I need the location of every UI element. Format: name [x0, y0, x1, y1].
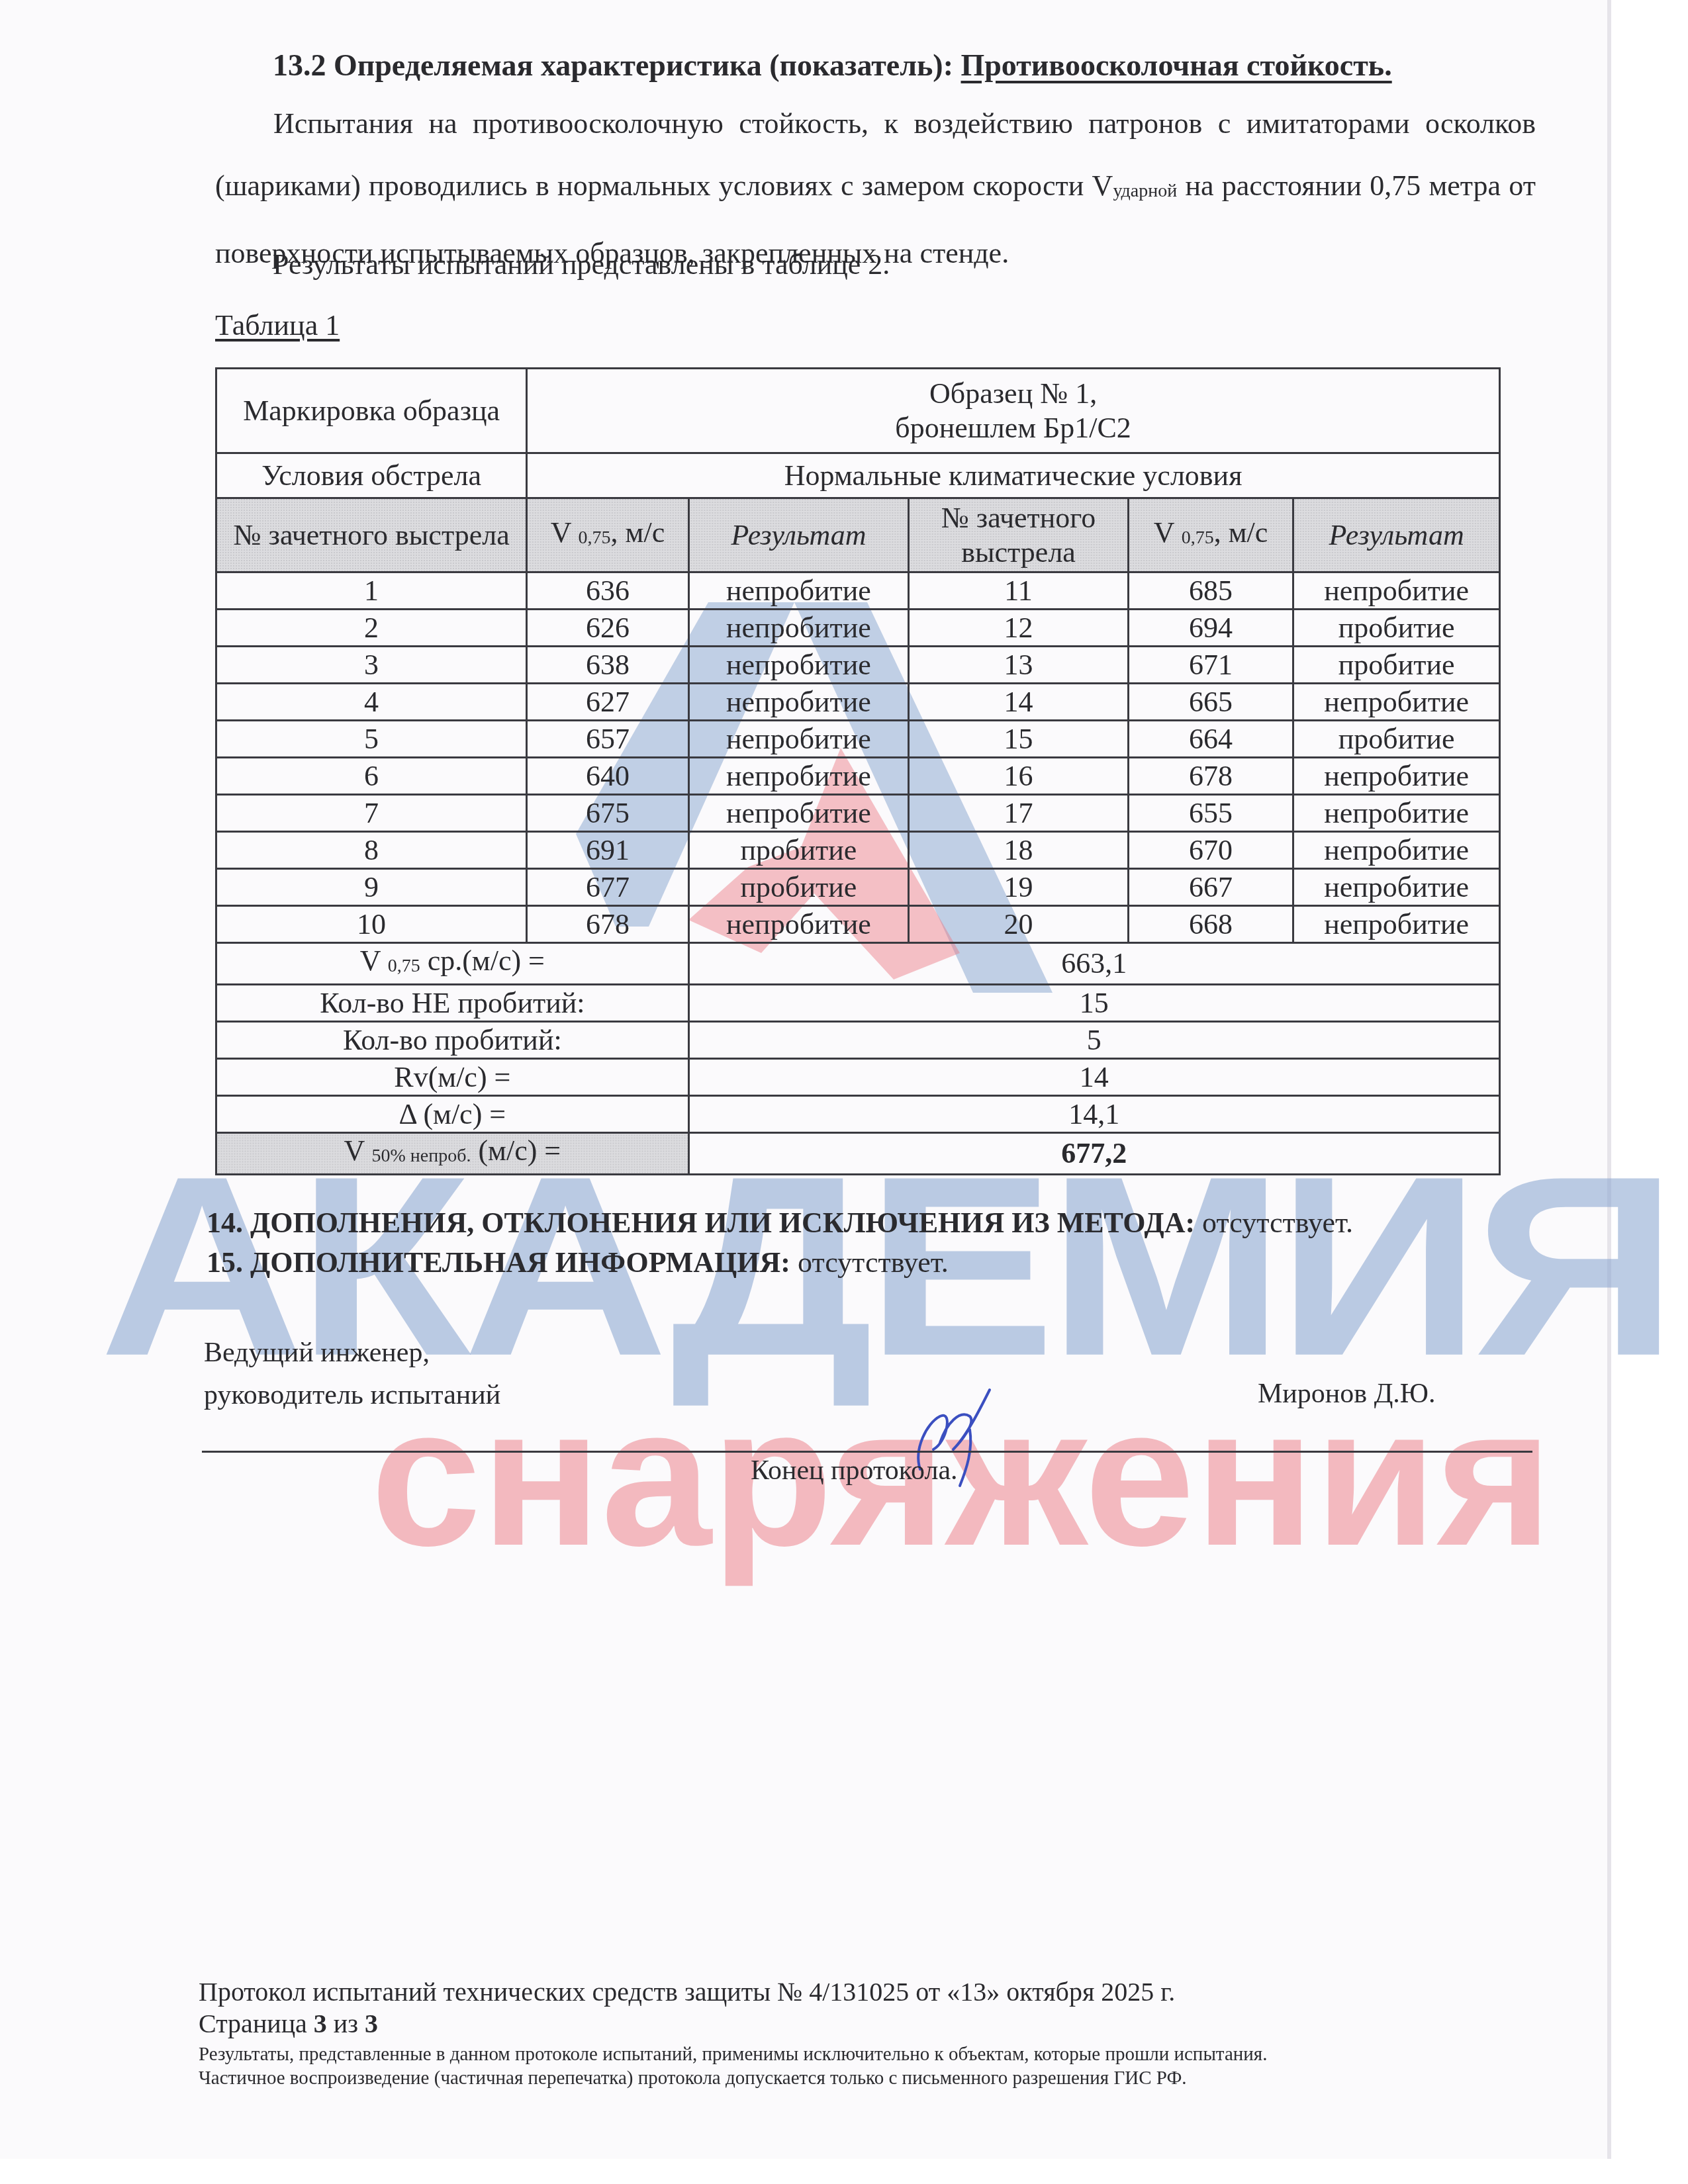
section-15-label: 15. ДОПОЛНИТЕЛЬНАЯ ИНФОРМАЦИЯ:: [207, 1246, 790, 1279]
section-14-label: 14. ДОПОЛНЕНИЯ, ОТКЛОНЕНИЯ ИЛИ ИСКЛЮЧЕНИ…: [207, 1206, 1195, 1239]
page-current: 3: [314, 2009, 327, 2038]
table-row: 10678непробитие20668непробитие: [216, 906, 1500, 943]
cell-n1: 6: [216, 758, 527, 795]
marking-label: Маркировка образца: [216, 369, 527, 453]
v50-label: V 50% непроб. (м/с) =: [216, 1133, 689, 1175]
cell-v2: 667: [1128, 869, 1293, 906]
non-pen-value: 15: [688, 985, 1499, 1022]
cell-v1: 640: [527, 758, 688, 795]
cell-v2: 655: [1128, 795, 1293, 832]
cell-r1: непробитие: [688, 610, 909, 647]
section-15: 15. ДОПОЛНИТЕЛЬНАЯ ИНФОРМАЦИЯ: отсутству…: [207, 1246, 949, 1279]
v50-rest: (м/с) =: [471, 1134, 561, 1167]
v-main: V: [551, 516, 579, 549]
cell-v2: 664: [1128, 721, 1293, 758]
cell-n2: 14: [909, 684, 1129, 721]
cell-r2: непробитие: [1293, 758, 1500, 795]
header-result-2: Результат: [1293, 498, 1500, 572]
column-header-row: № зачетного выстрела V 0,75, м/с Результ…: [216, 498, 1500, 572]
marking-row: Маркировка образца Образец № 1, бронешле…: [216, 369, 1500, 453]
v-sub: 0,75: [1182, 527, 1214, 548]
cell-n1: 7: [216, 795, 527, 832]
marking-value-line1: Образец № 1,: [533, 377, 1493, 411]
table-row: 5657непробитие15664пробитие: [216, 721, 1500, 758]
cell-v2: 671: [1128, 647, 1293, 684]
conditions-label: Условия обстрела: [216, 453, 527, 498]
cell-r2: непробитие: [1293, 795, 1500, 832]
cell-n2: 17: [909, 795, 1129, 832]
cell-n1: 9: [216, 869, 527, 906]
cell-n2: 19: [909, 869, 1129, 906]
footer-disclaimer-2: Частичное воспроизведение (частичная пер…: [199, 2068, 1187, 2089]
table-row: 2626непробитие12694пробитие: [216, 610, 1500, 647]
signatory-name: Миронов Д.Ю.: [1258, 1378, 1435, 1410]
summary-v50-row: V 50% непроб. (м/с) = 677,2: [216, 1133, 1500, 1175]
avg-rest: ср.(м/с) =: [420, 944, 545, 977]
section-15-value: отсутствует.: [790, 1246, 949, 1279]
section-14-value: отсутствует.: [1195, 1206, 1353, 1239]
avg-label: V 0,75 ср.(м/с) =: [216, 943, 689, 985]
cell-n2: 12: [909, 610, 1129, 647]
cell-n1: 10: [216, 906, 527, 943]
summary-rv-row: Rv(м/с) = 14: [216, 1059, 1500, 1096]
desc-subscript: ударной: [1113, 181, 1177, 201]
rv-label: Rv(м/с) =: [216, 1059, 689, 1096]
table-row: 9677пробитие19667непробитие: [216, 869, 1500, 906]
heading-prefix: 13.2 Определяемая характеристика (показа…: [273, 48, 961, 82]
footer-protocol-line: Протокол испытаний технических средств з…: [199, 1976, 1175, 2007]
marking-value-line2: бронешлем Бр1/С2: [533, 411, 1493, 445]
cell-v2: 694: [1128, 610, 1293, 647]
cell-r1: непробитие: [688, 572, 909, 610]
section-14: 14. ДОПОЛНЕНИЯ, ОТКЛОНЕНИЯ ИЛИ ИСКЛЮЧЕНИ…: [207, 1206, 1353, 1240]
cell-n1: 3: [216, 647, 527, 684]
cell-n1: 8: [216, 832, 527, 869]
delta-label: Δ (м/с) =: [216, 1096, 689, 1133]
end-of-protocol: Конец протокола.: [751, 1455, 958, 1486]
page-total: 3: [365, 2009, 378, 2038]
signatory-role: Ведущий инженер, руководитель испытаний: [204, 1332, 500, 1416]
header-velocity-2: V 0,75, м/с: [1128, 498, 1293, 572]
cell-r2: пробитие: [1293, 647, 1500, 684]
cell-r2: непробитие: [1293, 684, 1500, 721]
cell-r2: непробитие: [1293, 869, 1500, 906]
table-caption: Таблица 1: [215, 308, 340, 342]
cell-n1: 1: [216, 572, 527, 610]
cell-r2: пробитие: [1293, 610, 1500, 647]
conditions-value: Нормальные климатические условия: [527, 453, 1500, 498]
cell-r1: непробитие: [688, 684, 909, 721]
table-row: 3638непробитие13671пробитие: [216, 647, 1500, 684]
results-reference: Результаты испытаний представлены в табл…: [273, 248, 890, 281]
page-prefix: Страница: [199, 2009, 314, 2038]
cell-n2: 18: [909, 832, 1129, 869]
v-main: V: [1154, 516, 1182, 549]
summary-pen-row: Кол-во пробитий: 5: [216, 1022, 1500, 1059]
heading-value: Противоосколочная стойкость.: [961, 48, 1392, 82]
footer-disclaimer-1: Результаты, представленные в данном прот…: [199, 2044, 1267, 2066]
cell-n2: 11: [909, 572, 1129, 610]
cell-r1: пробитие: [688, 869, 909, 906]
cell-v2: 670: [1128, 832, 1293, 869]
marking-value: Образец № 1, бронешлем Бр1/С2: [527, 369, 1500, 453]
cell-r2: непробитие: [1293, 572, 1500, 610]
cell-r1: непробитие: [688, 758, 909, 795]
cell-v1: 626: [527, 610, 688, 647]
v-unit: , м/с: [611, 516, 665, 549]
cell-n2: 13: [909, 647, 1129, 684]
header-shot-no-1: № зачетного выстрела: [216, 498, 527, 572]
v50-sub: 50% непроб.: [371, 1146, 471, 1166]
cell-n2: 16: [909, 758, 1129, 795]
cell-v1: 657: [527, 721, 688, 758]
rv-value: 14: [688, 1059, 1499, 1096]
header-velocity-1: V 0,75, м/с: [527, 498, 688, 572]
avg-sub: 0,75: [388, 956, 420, 976]
cell-n1: 4: [216, 684, 527, 721]
cell-n2: 15: [909, 721, 1129, 758]
v-unit: , м/с: [1214, 516, 1268, 549]
cell-r1: непробитие: [688, 647, 909, 684]
cell-r1: непробитие: [688, 906, 909, 943]
cell-v2: 665: [1128, 684, 1293, 721]
delta-value: 14,1: [688, 1096, 1499, 1133]
table-row: 8691пробитие18670непробитие: [216, 832, 1500, 869]
cell-v1: 678: [527, 906, 688, 943]
cell-r2: непробитие: [1293, 906, 1500, 943]
cell-v2: 685: [1128, 572, 1293, 610]
test-results-table: Маркировка образца Образец № 1, бронешле…: [215, 367, 1501, 1175]
role-line-2: руководитель испытаний: [204, 1374, 500, 1416]
cell-r2: пробитие: [1293, 721, 1500, 758]
cell-v1: 636: [527, 572, 688, 610]
footer-page-number: Страница 3 из 3: [199, 2008, 378, 2039]
pen-value: 5: [688, 1022, 1499, 1059]
v50-value: 677,2: [688, 1133, 1499, 1175]
cell-v2: 668: [1128, 906, 1293, 943]
avg-v: V: [360, 944, 388, 977]
table-row: 6640непробитие16678непробитие: [216, 758, 1500, 795]
cell-r2: непробитие: [1293, 832, 1500, 869]
v50-v: V: [344, 1134, 371, 1167]
cell-v1: 675: [527, 795, 688, 832]
cell-r1: непробитие: [688, 721, 909, 758]
table-row: 7675непробитие17655непробитие: [216, 795, 1500, 832]
cell-r1: непробитие: [688, 795, 909, 832]
cell-v1: 638: [527, 647, 688, 684]
cell-v1: 677: [527, 869, 688, 906]
cell-n1: 5: [216, 721, 527, 758]
conditions-row: Условия обстрела Нормальные климатически…: [216, 453, 1500, 498]
summary-delta-row: Δ (м/с) = 14,1: [216, 1096, 1500, 1133]
non-pen-label: Кол-во НЕ пробитий:: [216, 985, 689, 1022]
cell-n1: 2: [216, 610, 527, 647]
pen-label: Кол-во пробитий:: [216, 1022, 689, 1059]
table-row: 1636непробитие11685непробитие: [216, 572, 1500, 610]
section-13-2-heading: 13.2 Определяемая характеристика (показа…: [273, 48, 1392, 83]
cell-v2: 678: [1128, 758, 1293, 795]
summary-avg-row: V 0,75 ср.(м/с) = 663,1: [216, 943, 1500, 985]
avg-value: 663,1: [688, 943, 1499, 985]
cell-v1: 691: [527, 832, 688, 869]
header-shot-no-2: № зачетного выстрела: [909, 498, 1129, 572]
cell-r1: пробитие: [688, 832, 909, 869]
divider-line: [202, 1451, 1532, 1453]
role-line-1: Ведущий инженер,: [204, 1332, 500, 1374]
summary-non-pen-row: Кол-во НЕ пробитий: 15: [216, 985, 1500, 1022]
v-sub: 0,75: [579, 527, 611, 548]
header-result-1: Результат: [688, 498, 909, 572]
page-mid: из: [327, 2009, 365, 2038]
cell-n2: 20: [909, 906, 1129, 943]
cell-v1: 627: [527, 684, 688, 721]
table-row: 4627непробитие14665непробитие: [216, 684, 1500, 721]
